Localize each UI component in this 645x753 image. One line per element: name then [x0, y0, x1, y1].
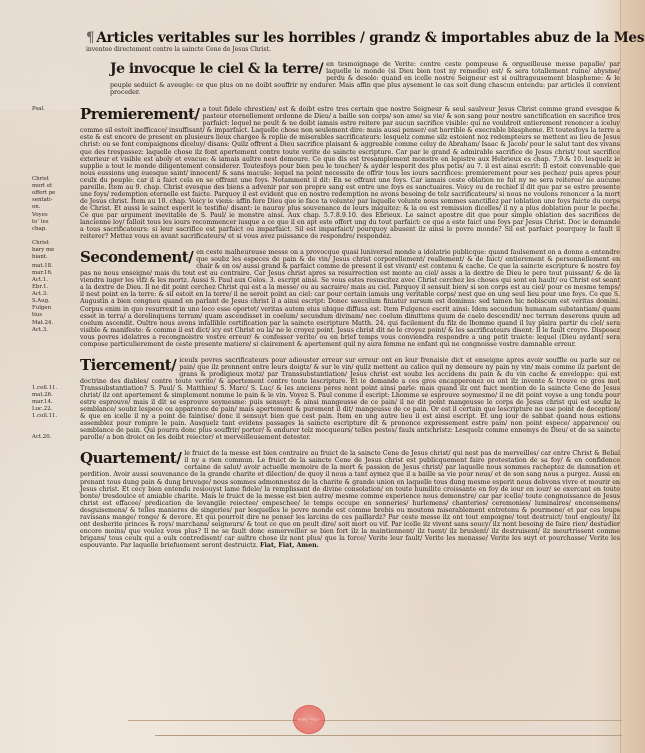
margin-note: Fulgen — [32, 305, 68, 312]
document-title: ¶Articles veritables sur les horribles /… — [44, 30, 620, 46]
margin-note: Ebr.1. — [32, 284, 68, 291]
margin-note: offert pe — [32, 190, 68, 197]
margin-note: mar.16. — [32, 270, 68, 277]
margin-note: mar.14. — [32, 399, 68, 406]
margin-note: Christ — [32, 176, 68, 183]
article-4-ending: Fiat, Fiat, Amen. — [260, 542, 319, 549]
margin-note: Psal. — [32, 106, 68, 113]
library-stamp: BIBL. NAT. — [293, 705, 325, 734]
margin-notes-2: mat.18. mar.16. Act.1. Ebr.1. Act.3. S.A… — [32, 263, 68, 333]
paper-right-edge — [620, 0, 645, 753]
margin-note: mort et — [32, 183, 68, 190]
margin-note: Voyes — [32, 212, 68, 219]
article-3-lead: Tiercement/ — [80, 356, 176, 374]
margin-note: Act.3. — [32, 291, 68, 298]
article-3: 1.coll.11. mat.26. mar.14. Luc.22. 1.col… — [44, 357, 620, 442]
pilcrow-icon: ¶ — [86, 30, 94, 46]
margin-note: Act.20. — [32, 434, 68, 441]
margin-notes-3: 1.coll.11. mat.26. mar.14. Luc.22. 1.col… — [32, 385, 68, 441]
margin-note: Luc.22. — [32, 406, 68, 413]
title-text: Articles veritables sur les horribles / … — [96, 30, 645, 46]
broadside-text: ¶Articles veritables sur les horribles /… — [44, 30, 620, 549]
margin-note: Christ — [32, 240, 68, 247]
margin-note: Mat.24. — [32, 320, 68, 327]
article-2-lead: Secondement/ — [80, 248, 193, 266]
margin-note: sentati- — [32, 197, 68, 204]
article-1-lead: Premierement/ — [80, 105, 200, 123]
article-2: mat.18. mar.16. Act.1. Ebr.1. Act.3. S.A… — [44, 249, 620, 348]
margin-note: S.Aug. — [32, 298, 68, 305]
article-1-text: a tout fidele chrestien/ est & doibt est… — [80, 106, 620, 240]
margin-note: 1.coll.11. — [32, 385, 68, 392]
article-4: Quartement/ le fruict de la messe est bi… — [44, 450, 620, 549]
intro-paragraph: Je invocque le ciel & la terre/ en tesmo… — [110, 61, 620, 96]
margin-note: 1.coll.11. — [32, 413, 68, 420]
margin-note: mat.26. — [32, 392, 68, 399]
article-1: Psal. Christ mort et offert pe sentati- … — [44, 106, 620, 240]
stamp-label: BIBL. NAT. — [298, 717, 320, 722]
paper-bottom-tear — [128, 720, 622, 721]
margin-note: Act.3. — [32, 327, 68, 334]
margin-note: Act.1. — [32, 277, 68, 284]
article-4-lead: Quartement/ — [80, 449, 181, 467]
margin-note: mat.18. — [32, 263, 68, 270]
margin-note: tius — [32, 312, 68, 319]
paper-bottom-tear-2 — [155, 735, 622, 736]
document-subtitle: inventee directement contre la saincte C… — [44, 46, 620, 53]
margin-note: to’ les — [32, 219, 68, 226]
margin-note: chap. — [32, 226, 68, 233]
intro-lead: Je invocque le ciel & la terre/ — [110, 60, 323, 78]
margin-note: on. — [32, 204, 68, 211]
broadside-sheet: ¶Articles veritables sur les horribles /… — [0, 0, 645, 753]
margin-notes-1: Psal. Christ mort et offert pe sentati- … — [32, 106, 68, 261]
